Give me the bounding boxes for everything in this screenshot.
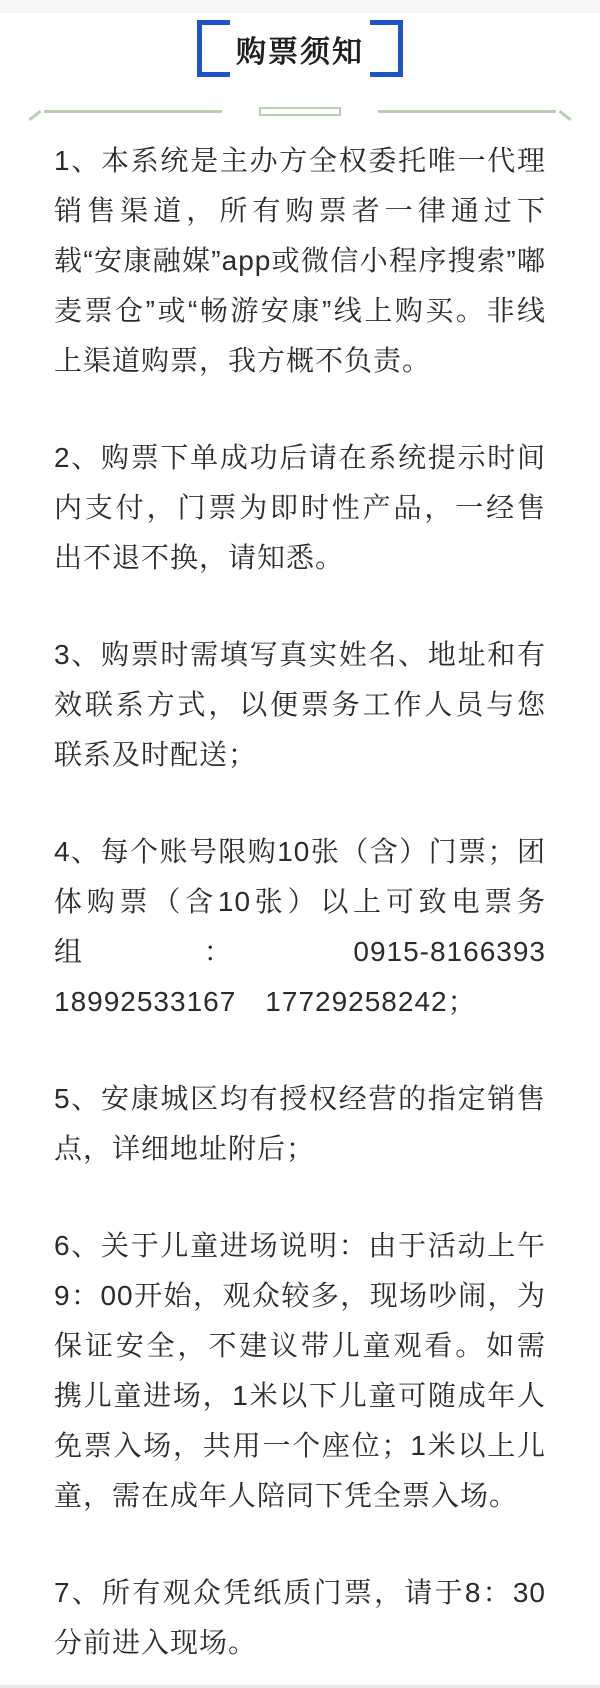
page-title: 购票须知 — [230, 20, 370, 77]
notice-paragraph: 5、安康城区均有授权经营的指定销售点，详细地址附后； — [54, 1074, 546, 1174]
divider-line-right — [378, 110, 556, 113]
notice-body: 1、本系统是主办方全权委托唯一代理销售渠道，所有购票者一律通过下载“安康融媒”a… — [0, 118, 600, 1668]
notice-paragraph: 4、每个账号限购10张（含）门票；团体购票（含10张）以上可致电票务组：0915… — [54, 827, 546, 1027]
notice-paragraph: 7、所有观众凭纸质门票，请于8：30分前进入现场。 — [54, 1568, 546, 1668]
divider-center-rectangle — [259, 107, 341, 116]
page-title-block: 购票须知 — [0, 20, 600, 77]
notice-paragraph: 2、购票下单成功后请在系统提示时间内支付，门票为即时性产品，一经售出不退不换，请… — [54, 433, 546, 583]
notice-paragraph: 3、购票时需填写真实姓名、地址和有效联系方式，以便票务工作人员与您联系及时配送； — [54, 630, 546, 780]
ornamental-divider — [28, 104, 572, 118]
notice-paragraph: 1、本系统是主办方全权委托唯一代理销售渠道，所有购票者一律通过下载“安康融媒”a… — [54, 136, 546, 386]
top-strip — [0, 0, 600, 13]
divider-line-left — [44, 110, 222, 113]
notice-paragraph: 6、关于儿童进场说明：由于活动上午9：00开始，观众较多，现场吵闹，为保证安全，… — [54, 1221, 546, 1521]
bracket-left-icon — [197, 20, 230, 77]
bracket-right-icon — [370, 20, 403, 77]
